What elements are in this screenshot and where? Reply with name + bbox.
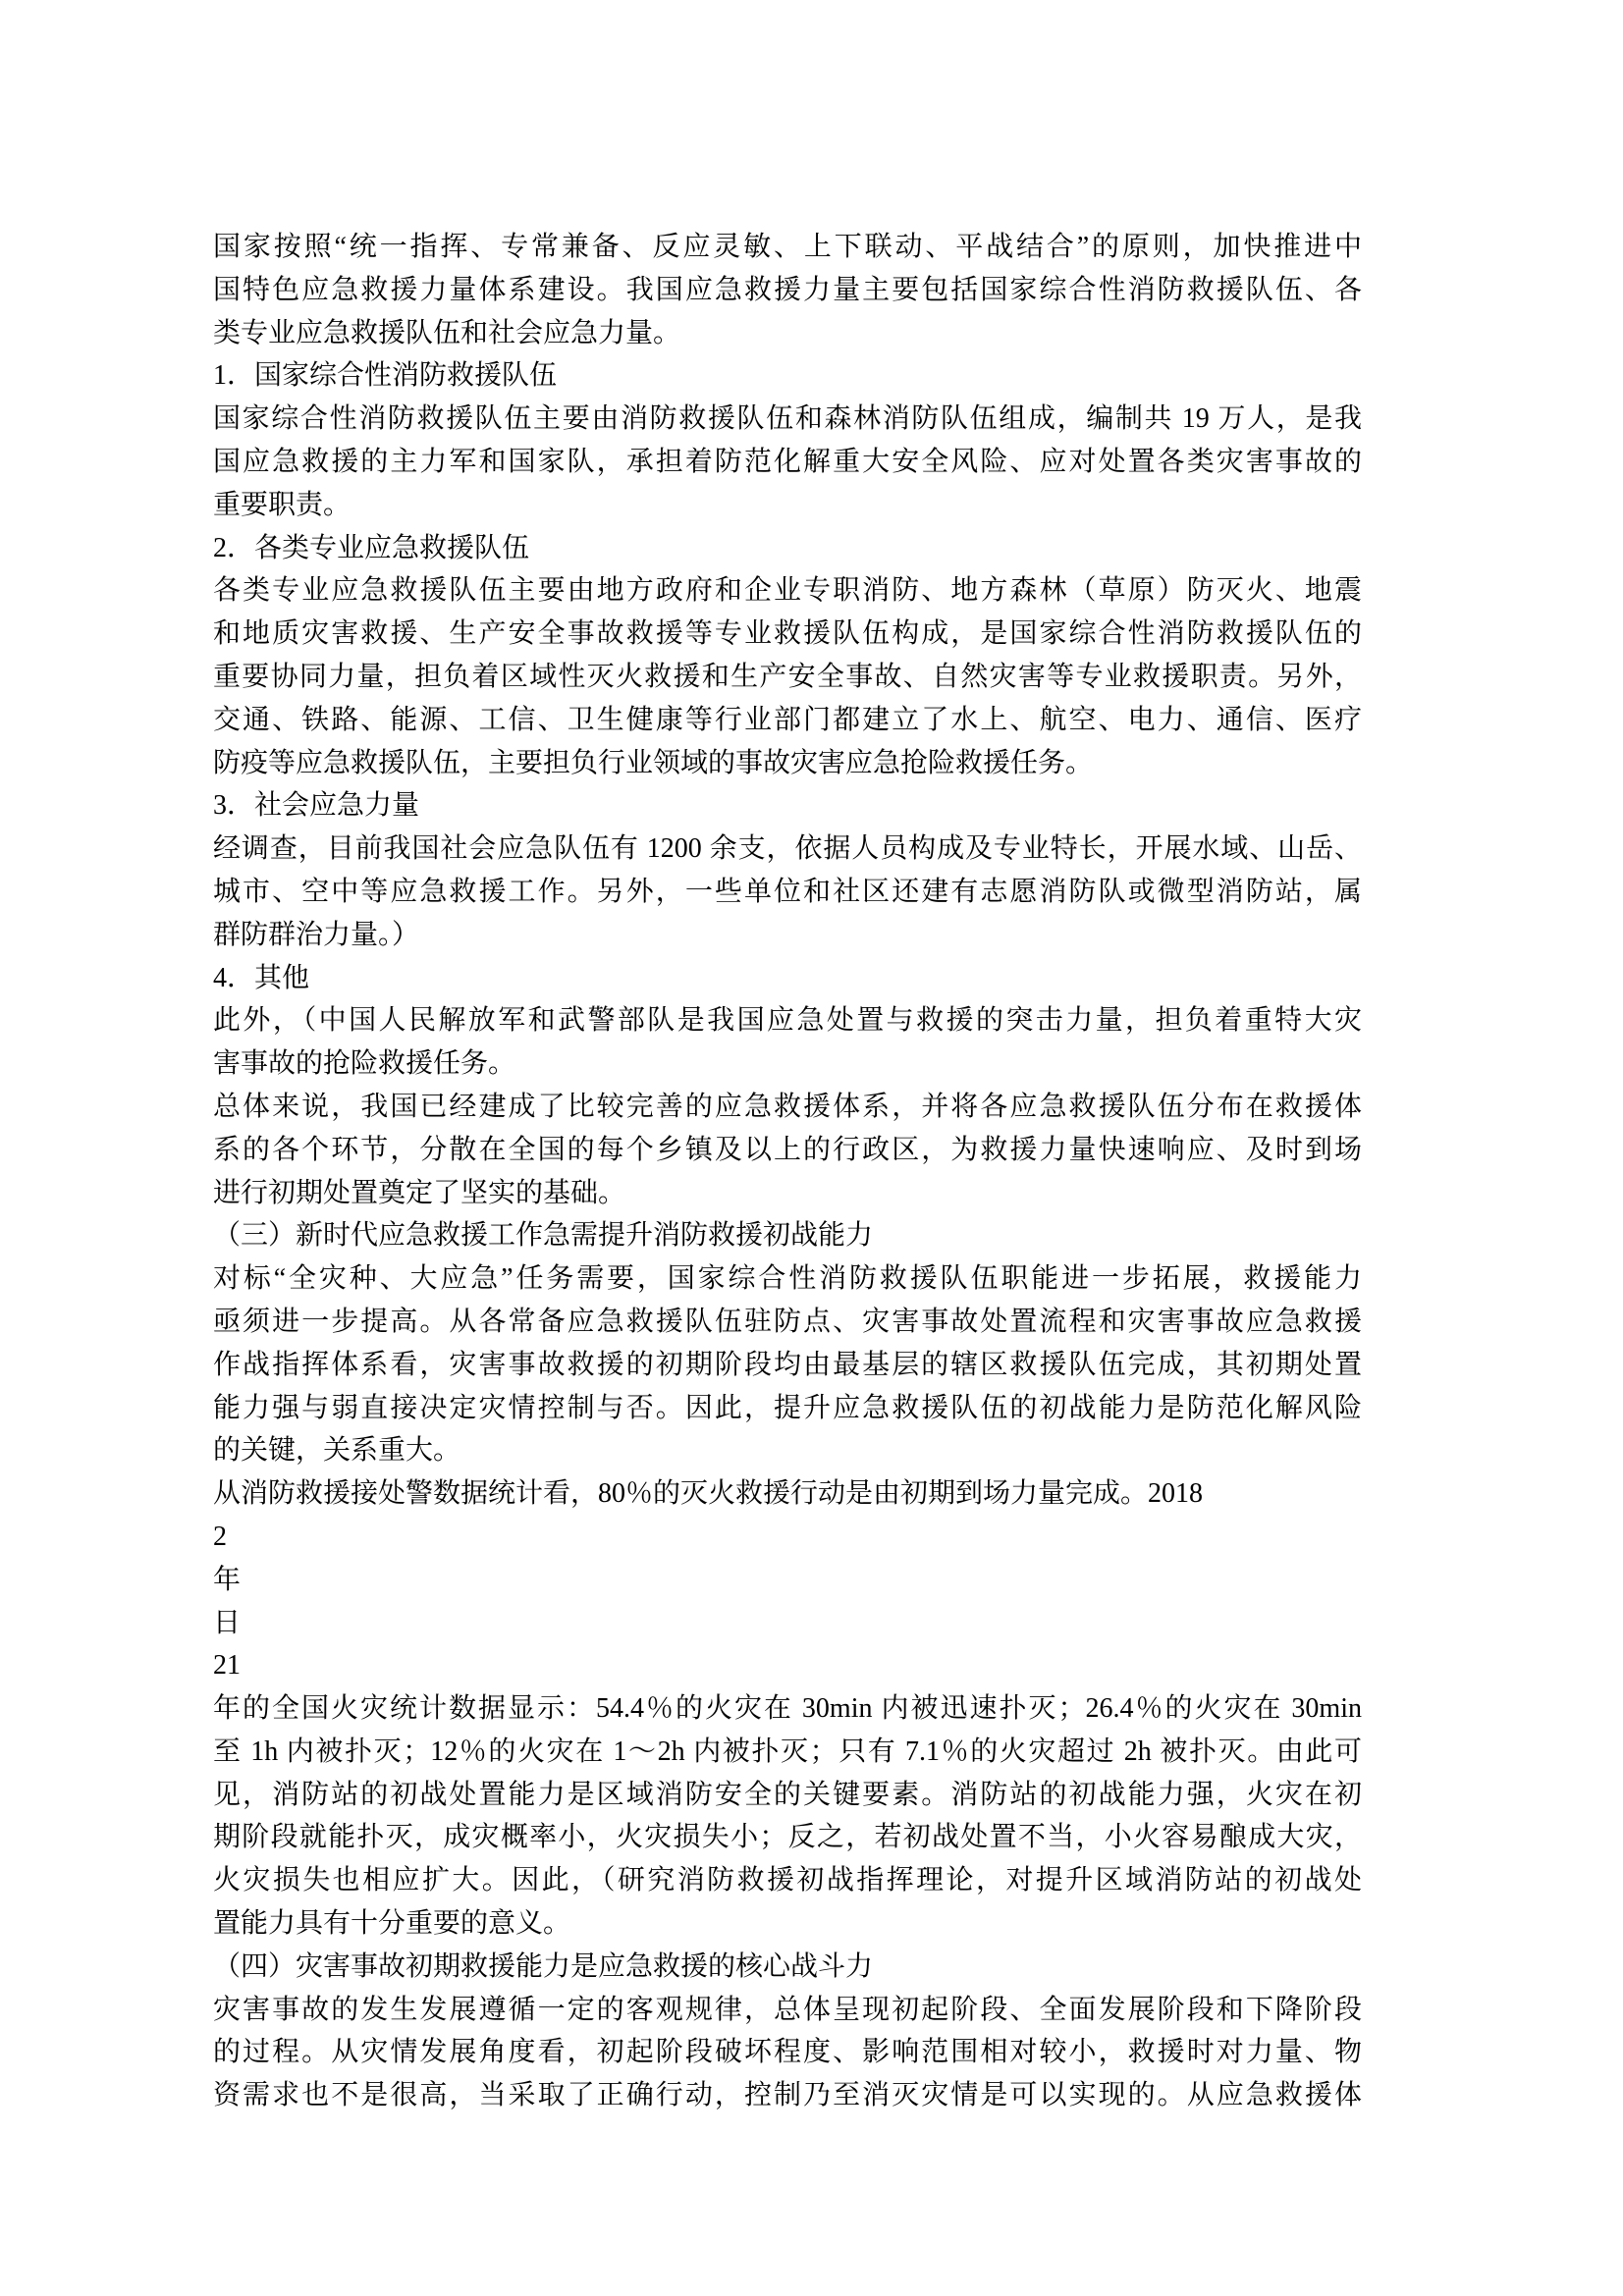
text-line: 期阶段就能扑灭，成灾概率小，火灾损失小；反之，若初战处置不当，小火容易酿成大灾，	[213, 1816, 1362, 1859]
text-line: 国特色应急救援力量体系建设。我国应急救援力量主要包括国家综合性消防救援队伍、各	[213, 269, 1362, 312]
text-line: 21	[213, 1644, 1362, 1687]
text-line: 至 1h 内被扑灭；12％的火灾在 1～2h 内被扑灭；只有 7.1％的火灾超过…	[213, 1731, 1362, 1774]
text-line: 作战指挥体系看，灾害事故救援的初期阶段均由最基层的辖区救援队伍完成，其初期处置	[213, 1344, 1362, 1387]
text-line: 总体来说，我国已经建成了比较完善的应急救援体系，并将各应急救援队伍分布在救援体	[213, 1086, 1362, 1129]
text-line: 3．社会应急力量	[213, 784, 1362, 828]
text-line: 国家按照“统一指挥、专常兼备、反应灵敏、上下联动、平战结合”的原则，加快推进中	[213, 226, 1362, 269]
text-line: （三）新时代应急救援工作急需提升消防救援初战能力	[213, 1214, 1362, 1257]
text-line: 群防群治力量。）	[213, 914, 1362, 957]
text-line: 火灾损失也相应扩大。因此，（研究消防救援初战指挥理论，对提升区域消防站的初战处	[213, 1859, 1362, 1902]
text-line: 见，消防站的初战处置能力是区域消防安全的关键要素。消防站的初战能力强，火灾在初	[213, 1774, 1362, 1817]
document-page: 国家按照“统一指挥、专常兼备、反应灵敏、上下联动、平战结合”的原则，加快推进中国…	[0, 0, 1623, 2296]
text-line: 经调查，目前我国社会应急队伍有 1200 余支，依据人员构成及专业特长，开展水域…	[213, 828, 1362, 871]
text-line: 资需求也不是很高，当采取了正确行动，控制乃至消灭灾情是可以实现的。从应急救援体	[213, 2074, 1362, 2117]
text-line: （四）灾害事故初期救援能力是应急救援的核心战斗力	[213, 1946, 1362, 1989]
text-line: 年	[213, 1559, 1362, 1602]
text-line: 国家综合性消防救援队伍主要由消防救援队伍和森林消防队伍组成，编制共 19 万人，…	[213, 398, 1362, 441]
text-line: 年的全国火灾统计数据显示：54.4％的火灾在 30min 内被迅速扑灭；26.4…	[213, 1687, 1362, 1731]
text-line: 此外，（中国人民解放军和武警部队是我国应急处置与救援的突击力量，担负着重特大灾	[213, 999, 1362, 1042]
text-line: 和地质灾害救援、生产安全事故救援等专业救援队伍构成，是国家综合性消防救援队伍的	[213, 613, 1362, 656]
text-line: 各类专业应急救援队伍主要由地方政府和企业专职消防、地方森林（草原）防灭火、地震	[213, 569, 1362, 613]
text-line: 的过程。从灾情发展角度看，初起阶段破坏程度、影响范围相对较小，救援时对力量、物	[213, 2031, 1362, 2074]
text-line: 1．国家综合性消防救援队伍	[213, 354, 1362, 398]
text-line: 重要职责。	[213, 484, 1362, 527]
text-line: 的关键，关系重大。	[213, 1429, 1362, 1472]
text-line: 交通、铁路、能源、工信、卫生健康等行业部门都建立了水上、航空、电力、通信、医疗	[213, 699, 1362, 742]
text-line: 日	[213, 1602, 1362, 1645]
text-line: 能力强与弱直接决定灾情控制与否。因此，提升应急救援队伍的初战能力是防范化解风险	[213, 1387, 1362, 1430]
text-line: 国应急救援的主力军和国家队，承担着防范化解重大安全风险、应对处置各类灾害事故的	[213, 441, 1362, 484]
text-line: 从消防救援接处警数据统计看，80％的灭火救援行动是由初期到场力量完成。2018	[213, 1472, 1362, 1516]
text-line: 城市、空中等应急救援工作。另外，一些单位和社区还建有志愿消防队或微型消防站，属	[213, 871, 1362, 914]
text-line: 置能力具有十分重要的意义。	[213, 1902, 1362, 1946]
text-line: 系的各个环节，分散在全国的每个乡镇及以上的行政区，为救援力量快速响应、及时到场	[213, 1129, 1362, 1172]
text-line: 重要协同力量，担负着区域性灭火救援和生产安全事故、自然灾害等专业救援职责。另外，	[213, 656, 1362, 699]
text-line: 类专业应急救援队伍和社会应急力量。	[213, 312, 1362, 355]
text-block: 国家按照“统一指挥、专常兼备、反应灵敏、上下联动、平战结合”的原则，加快推进中国…	[213, 226, 1362, 2117]
text-line: 亟须进一步提高。从各常备应急救援队伍驻防点、灾害事故处置流程和灾害事故应急救援	[213, 1301, 1362, 1344]
text-line: 4．其他	[213, 957, 1362, 1000]
text-line: 对标“全灾种、大应急”任务需要，国家综合性消防救援队伍职能进一步拓展，救援能力	[213, 1257, 1362, 1301]
text-line: 灾害事故的发生发展遵循一定的客观规律，总体呈现初起阶段、全面发展阶段和下降阶段	[213, 1989, 1362, 2032]
text-line: 2	[213, 1516, 1362, 1559]
text-line: 2．各类专业应急救援队伍	[213, 527, 1362, 570]
text-line: 害事故的抢险救援任务。	[213, 1042, 1362, 1086]
text-line: 进行初期处置奠定了坚实的基础。	[213, 1172, 1362, 1215]
text-line: 防疫等应急救援队伍，主要担负行业领域的事故灾害应急抢险救援任务。	[213, 742, 1362, 785]
